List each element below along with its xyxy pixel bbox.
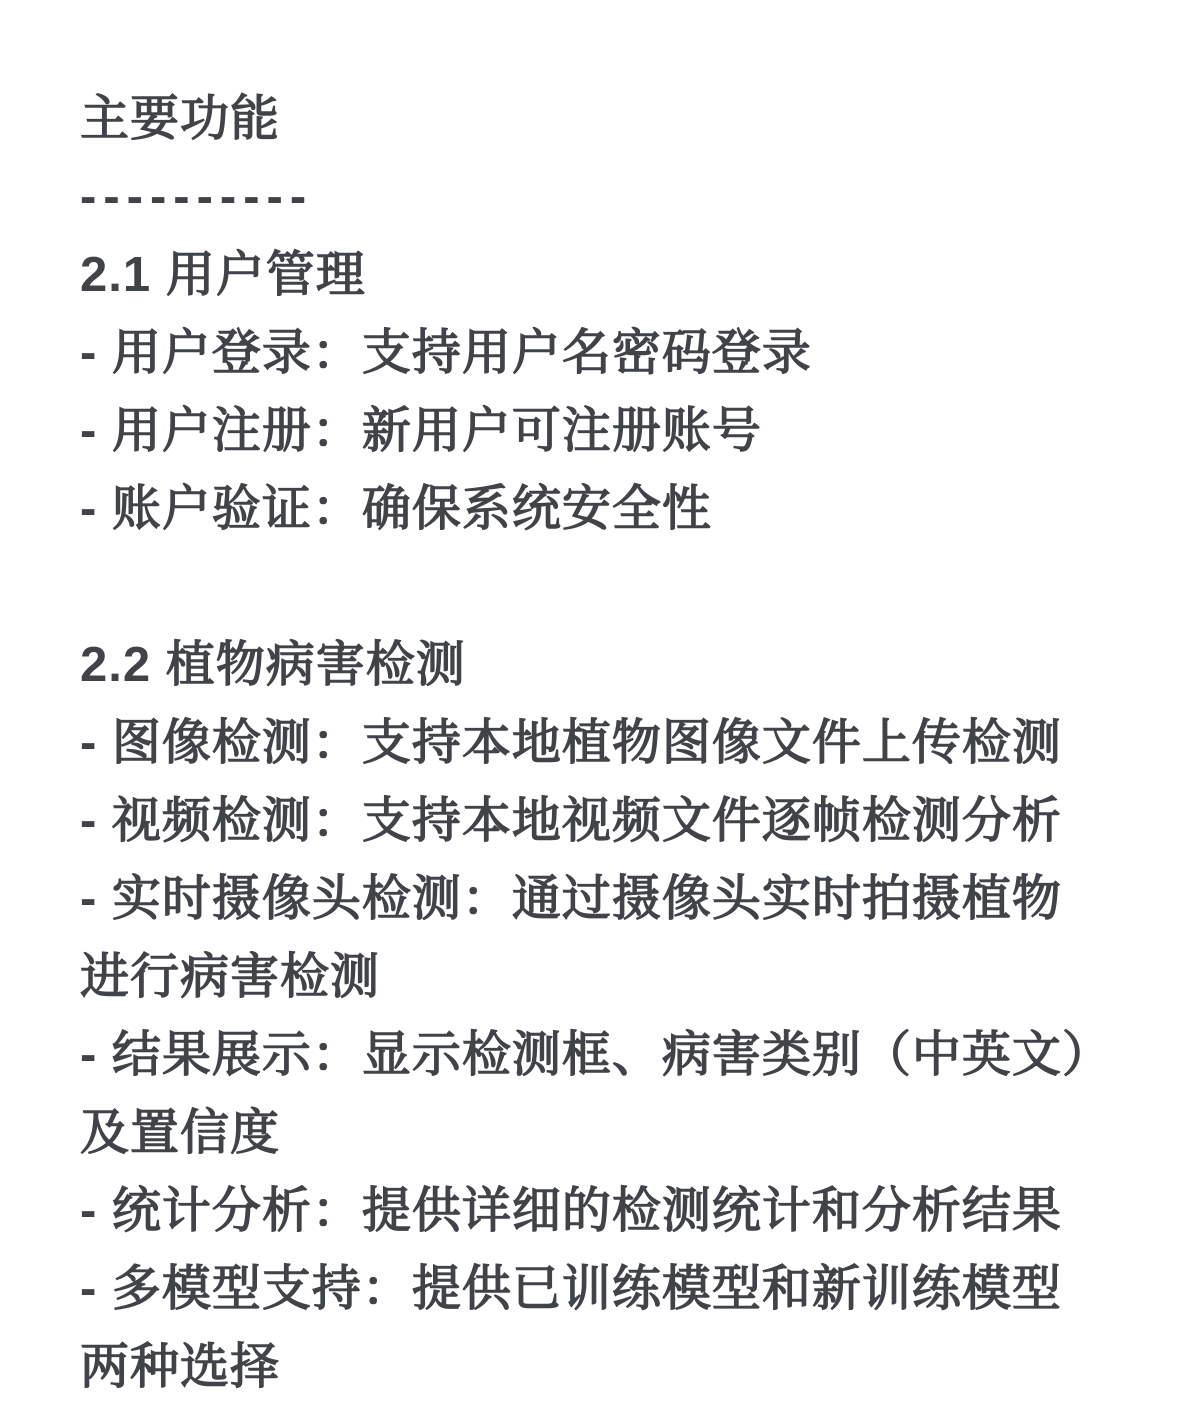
bullet-statistics: - 统计分析：提供详细的检测统计和分析结果 (80, 1172, 1180, 1250)
bullet-camera-detection: - 实时摄像头检测：通过摄像头实时拍摄植物 (80, 860, 1180, 938)
bullet-video-detection: - 视频检测：支持本地视频文件逐帧检测分析 (80, 782, 1180, 860)
bullet-multi-model-wrap: 两种选择 (80, 1328, 1180, 1406)
blank-line (80, 548, 1180, 626)
bullet-account-verify: - 账户验证：确保系统安全性 (80, 470, 1180, 548)
section-heading-2-2: 2.2 植物病害检测 (80, 626, 1180, 704)
bullet-multi-model: - 多模型支持：提供已训练模型和新训练模型 (80, 1250, 1180, 1328)
page-title: 主要功能 (80, 80, 1180, 158)
bullet-image-detection: - 图像检测：支持本地植物图像文件上传检测 (80, 704, 1180, 782)
bullet-user-login: - 用户登录：支持用户名密码登录 (80, 314, 1180, 392)
bullet-user-register: - 用户注册：新用户可注册账号 (80, 392, 1180, 470)
section-heading-2-1: 2.1 用户管理 (80, 236, 1180, 314)
bullet-camera-detection-wrap: 进行病害检测 (80, 938, 1180, 1016)
document-body: 主要功能 ---------- 2.1 用户管理 - 用户登录：支持用户名密码登… (0, 0, 1180, 1406)
bullet-result-display-wrap: 及置信度 (80, 1094, 1180, 1172)
bullet-result-display: - 结果展示：显示检测框、病害类别（中英文） (80, 1016, 1180, 1094)
divider-line: ---------- (80, 158, 1180, 236)
